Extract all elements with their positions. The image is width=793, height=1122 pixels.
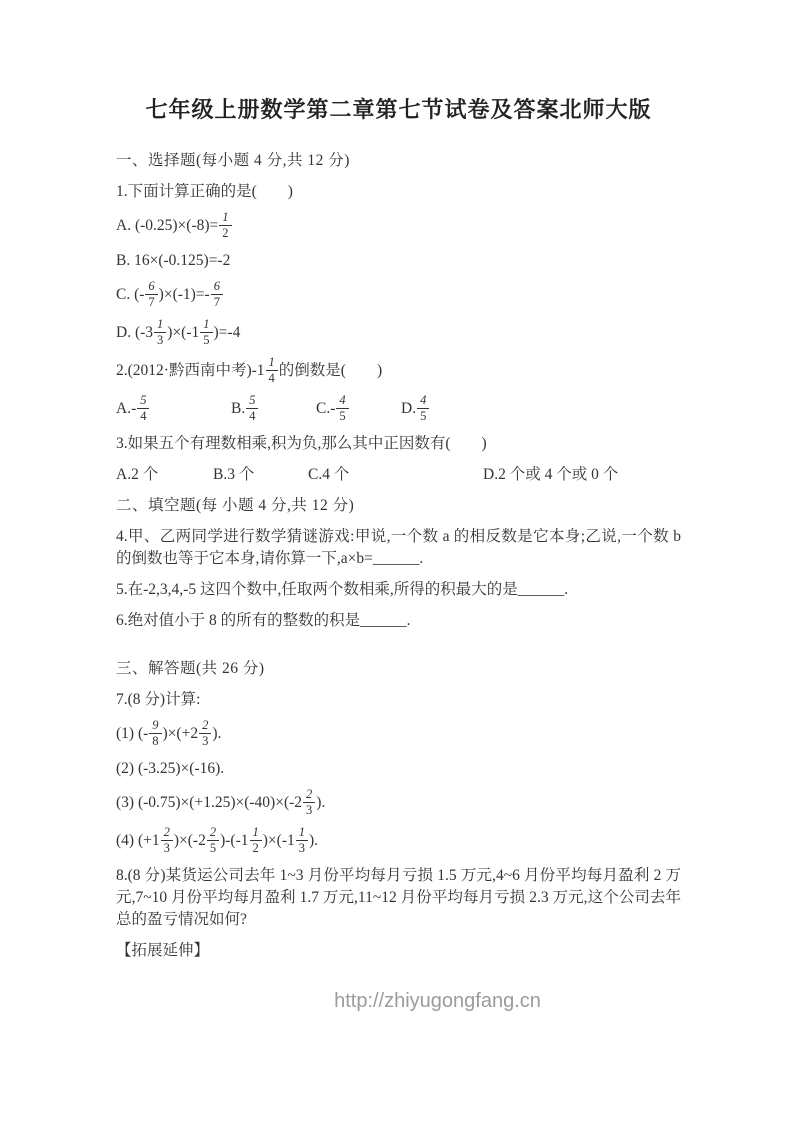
question-1-option-d: D. (-313)×(-115)=-4 (116, 319, 681, 348)
question-7-part-1: (1) (-98)×(+223). (116, 720, 681, 749)
fraction: 14 (266, 356, 278, 385)
question-3-option-b: B.3 个 (213, 464, 308, 486)
expand-extension-label: 【拓展延伸】 (116, 940, 681, 962)
section-3-heading: 三、解答题(共 26 分) (116, 658, 681, 680)
question-2-option-a: A.-54 (116, 395, 231, 424)
fraction: 54 (246, 394, 258, 423)
fraction: 45 (336, 394, 348, 423)
question-7-part-4: (4) (+123)×(-225)-(-112)×(-113). (116, 827, 681, 856)
question-3-option-d: D.2 个或 4 个或 0 个 (483, 464, 618, 486)
fraction: 54 (137, 394, 149, 423)
fraction: 67 (211, 280, 223, 309)
question-7-part-2: (2) (-3.25)×(-16). (116, 758, 681, 780)
page-title: 七年级上册数学第二章第七节试卷及答案北师大版 (116, 96, 681, 124)
question-7-part-3: (3) (-0.75)×(+1.25)×(-40)×(-223). (116, 789, 681, 818)
fraction: 13 (296, 826, 308, 855)
question-3-stem: 3.如果五个有理数相乘,积为负,那么其中正因数有( ) (116, 433, 681, 455)
question-8-text: 8.(8 分)某货运公司去年 1~3 月份平均每月亏损 1.5 万元,4~6 月… (116, 865, 681, 931)
fraction: 12 (219, 211, 231, 240)
fraction: 67 (145, 280, 157, 309)
section-1-heading: 一、选择题(每小题 4 分,共 12 分) (116, 150, 681, 172)
fraction: 23 (199, 719, 211, 748)
fraction: 13 (154, 318, 166, 347)
fraction: 23 (161, 826, 173, 855)
question-4-text: 4.甲、乙两同学进行数学猜谜游戏:甲说,一个数 a 的相反数是它本身;乙说,一个… (116, 526, 681, 570)
question-1-option-b: B. 16×(-0.125)=-2 (116, 250, 681, 272)
question-2-option-c: C.-45 (316, 395, 401, 424)
fraction: 12 (250, 826, 262, 855)
fraction: 15 (200, 318, 212, 347)
question-2-option-b: B.54 (231, 395, 316, 424)
question-3-options: A.2 个 B.3 个 C.4 个 D.2 个或 4 个或 0 个 (116, 464, 681, 486)
section-2-heading: 二、填空题(每 小题 4 分,共 12 分) (116, 495, 681, 517)
fraction: 45 (417, 394, 429, 423)
question-2-option-d: D.45 (401, 395, 430, 424)
question-3-option-c: C.4 个 (308, 464, 483, 486)
question-2-stem: 2.(2012·黔西南中考)-114的倒数是( ) (116, 357, 681, 386)
fraction: 23 (303, 788, 315, 817)
question-1-option-c: C. (-67)×(-1)=-67 (116, 281, 681, 310)
question-6-text: 6.绝对值小于 8 的所有的整数的积是______. (116, 610, 681, 632)
question-2-options: A.-54 B.54 C.-45 D.45 (116, 395, 681, 424)
footer-url: http://zhiyugongfang.cn (116, 990, 681, 1013)
fraction: 98 (149, 719, 161, 748)
question-1-stem: 1.下面计算正确的是( ) (116, 181, 681, 203)
test-paper-page: 七年级上册数学第二章第七节试卷及答案北师大版 一、选择题(每小题 4 分,共 1… (0, 0, 793, 1122)
question-5-text: 5.在-2,3,4,-5 这四个数中,任取两个数相乘,所得的积最大的是_____… (116, 579, 681, 601)
question-1-option-a: A. (-0.25)×(-8)=12 (116, 212, 681, 241)
question-3-option-a: A.2 个 (116, 464, 213, 486)
fraction: 25 (207, 826, 219, 855)
question-7-stem: 7.(8 分)计算: (116, 689, 681, 711)
